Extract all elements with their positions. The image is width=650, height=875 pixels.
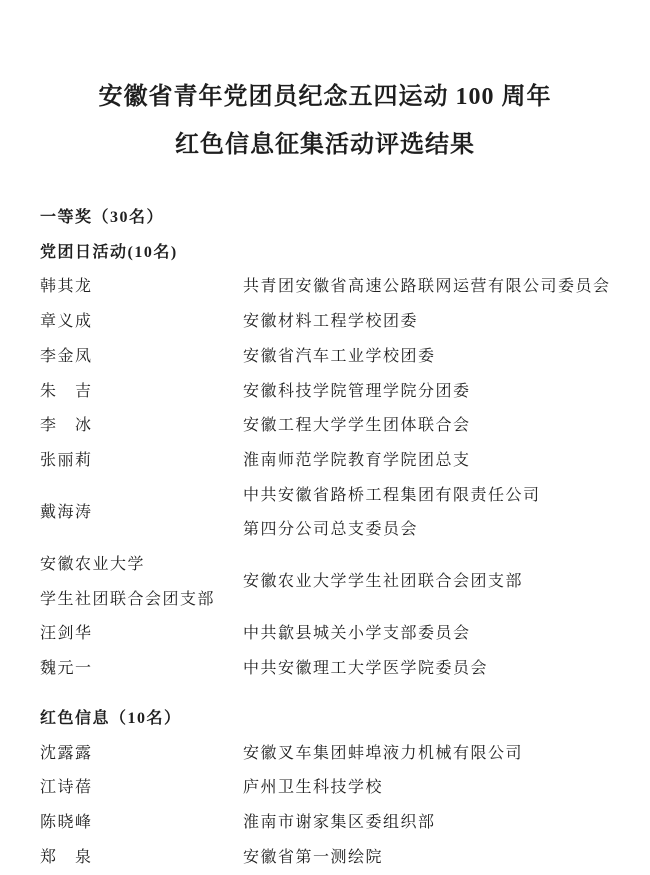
winner-name-cell: 郑 泉 bbox=[40, 841, 243, 875]
winner-name-cell: 陈晓峰 bbox=[40, 806, 243, 841]
organization-line: 淮南师范学院教育学院团总支 bbox=[243, 444, 610, 479]
category-header: 红色信息（10名） bbox=[40, 702, 610, 737]
organization-cell: 安徽农业大学学生社团联合会团支部 bbox=[243, 565, 610, 600]
table-row: 汪剑华中共歙县城关小学支部委员会 bbox=[40, 617, 610, 652]
organization-cell: 淮南市谢家集区委组织部 bbox=[243, 806, 610, 841]
title-line-1: 安徽省青年党团员纪念五四运动 100 周年 bbox=[40, 73, 610, 121]
organization-line: 安徽材料工程学校团委 bbox=[243, 305, 610, 340]
organization-cell: 安徽省汽车工业学校团委 bbox=[243, 340, 610, 375]
document-page: 安徽省青年党团员纪念五四运动 100 周年 红色信息征集活动评选结果 一等奖（3… bbox=[0, 0, 650, 875]
winner-name-line: 魏元一 bbox=[40, 652, 243, 687]
category-header: 党团日活动(10名) bbox=[40, 236, 610, 271]
organization-cell: 共青团安徽省高速公路联网运营有限公司委员会 bbox=[243, 270, 611, 305]
award-group: 红色信息（10名）沈露露安徽叉车集团蚌埠液力机械有限公司江诗蓓庐州卫生科技学校陈… bbox=[40, 702, 610, 875]
winner-name-cell: 朱 吉 bbox=[40, 375, 243, 410]
organization-line: 共青团安徽省高速公路联网运营有限公司委员会 bbox=[243, 270, 611, 305]
table-row: 魏元一中共安徽理工大学医学院委员会 bbox=[40, 652, 610, 687]
winner-name-cell: 沈露露 bbox=[40, 737, 243, 772]
winner-name-line: 江诗蓓 bbox=[40, 771, 243, 806]
winner-name-cell: 李金凤 bbox=[40, 340, 243, 375]
winner-name-line: 沈露露 bbox=[40, 737, 243, 772]
organization-line: 安徽叉车集团蚌埠液力机械有限公司 bbox=[243, 737, 610, 772]
organization-cell: 中共安徽省路桥工程集团有限责任公司第四分公司总支委员会 bbox=[243, 479, 610, 548]
table-row: 韩其龙共青团安徽省高速公路联网运营有限公司委员会 bbox=[40, 270, 610, 305]
winner-name-cell: 江诗蓓 bbox=[40, 771, 243, 806]
winner-name-line: 李金凤 bbox=[40, 340, 243, 375]
winner-name-line: 学生社团联合会团支部 bbox=[40, 583, 243, 618]
organization-cell: 庐州卫生科技学校 bbox=[243, 771, 610, 806]
winner-name-line: 朱 吉 bbox=[40, 375, 243, 410]
winner-name-line: 汪剑华 bbox=[40, 617, 243, 652]
title-line-2: 红色信息征集活动评选结果 bbox=[40, 121, 610, 169]
organization-cell: 安徽科技学院管理学院分团委 bbox=[243, 375, 610, 410]
table-row: 章义成安徽材料工程学校团委 bbox=[40, 305, 610, 340]
table-row: 戴海涛中共安徽省路桥工程集团有限责任公司第四分公司总支委员会 bbox=[40, 479, 610, 548]
table-row: 张丽莉淮南师范学院教育学院团总支 bbox=[40, 444, 610, 479]
organization-cell: 安徽材料工程学校团委 bbox=[243, 305, 610, 340]
winner-name-line: 安徽农业大学 bbox=[40, 548, 243, 583]
winner-name-line: 李 冰 bbox=[40, 409, 243, 444]
organization-line: 第四分公司总支委员会 bbox=[243, 513, 610, 548]
organization-line: 中共安徽省路桥工程集团有限责任公司 bbox=[243, 479, 610, 514]
winner-name-cell: 安徽农业大学学生社团联合会团支部 bbox=[40, 548, 243, 617]
organization-line: 庐州卫生科技学校 bbox=[243, 771, 610, 806]
organization-line: 淮南市谢家集区委组织部 bbox=[243, 806, 610, 841]
organization-line: 中共歙县城关小学支部委员会 bbox=[243, 617, 610, 652]
winner-name-cell: 张丽莉 bbox=[40, 444, 243, 479]
winner-name-line: 张丽莉 bbox=[40, 444, 243, 479]
winner-name-line: 戴海涛 bbox=[40, 496, 243, 531]
organization-cell: 中共安徽理工大学医学院委员会 bbox=[243, 652, 610, 687]
award-groups: 党团日活动(10名)韩其龙共青团安徽省高速公路联网运营有限公司委员会章义成安徽材… bbox=[40, 236, 610, 875]
table-row: 李金凤安徽省汽车工业学校团委 bbox=[40, 340, 610, 375]
table-row: 李 冰安徽工程大学学生团体联合会 bbox=[40, 409, 610, 444]
table-row: 郑 泉安徽省第一测绘院 bbox=[40, 841, 610, 875]
organization-line: 中共安徽理工大学医学院委员会 bbox=[243, 652, 610, 687]
organization-line: 安徽农业大学学生社团联合会团支部 bbox=[243, 565, 610, 600]
table-row: 沈露露安徽叉车集团蚌埠液力机械有限公司 bbox=[40, 737, 610, 772]
table-row: 陈晓峰淮南市谢家集区委组织部 bbox=[40, 806, 610, 841]
winner-name-cell: 章义成 bbox=[40, 305, 243, 340]
winner-name-line: 韩其龙 bbox=[40, 270, 243, 305]
table-row: 朱 吉安徽科技学院管理学院分团委 bbox=[40, 375, 610, 410]
winner-name-line: 郑 泉 bbox=[40, 841, 243, 875]
document-title: 安徽省青年党团员纪念五四运动 100 周年 红色信息征集活动评选结果 bbox=[40, 73, 610, 169]
organization-cell: 安徽省第一测绘院 bbox=[243, 841, 610, 875]
winner-name-line: 章义成 bbox=[40, 305, 243, 340]
organization-cell: 安徽工程大学学生团体联合会 bbox=[243, 409, 610, 444]
organization-line: 安徽科技学院管理学院分团委 bbox=[243, 375, 610, 410]
organization-line: 安徽省汽车工业学校团委 bbox=[243, 340, 610, 375]
winner-name-cell: 韩其龙 bbox=[40, 270, 243, 305]
winner-name-cell: 魏元一 bbox=[40, 652, 243, 687]
award-group: 党团日活动(10名)韩其龙共青团安徽省高速公路联网运营有限公司委员会章义成安徽材… bbox=[40, 236, 610, 687]
organization-cell: 中共歙县城关小学支部委员会 bbox=[243, 617, 610, 652]
winner-name-cell: 汪剑华 bbox=[40, 617, 243, 652]
organization-cell: 淮南师范学院教育学院团总支 bbox=[243, 444, 610, 479]
winner-name-cell: 戴海涛 bbox=[40, 496, 243, 531]
organization-cell: 安徽叉车集团蚌埠液力机械有限公司 bbox=[243, 737, 610, 772]
organization-line: 安徽工程大学学生团体联合会 bbox=[243, 409, 610, 444]
winner-name-line: 陈晓峰 bbox=[40, 806, 243, 841]
winner-name-cell: 李 冰 bbox=[40, 409, 243, 444]
table-row: 江诗蓓庐州卫生科技学校 bbox=[40, 771, 610, 806]
organization-line: 安徽省第一测绘院 bbox=[243, 841, 610, 875]
award-header: 一等奖（30名） bbox=[40, 201, 610, 236]
table-row: 安徽农业大学学生社团联合会团支部安徽农业大学学生社团联合会团支部 bbox=[40, 548, 610, 617]
